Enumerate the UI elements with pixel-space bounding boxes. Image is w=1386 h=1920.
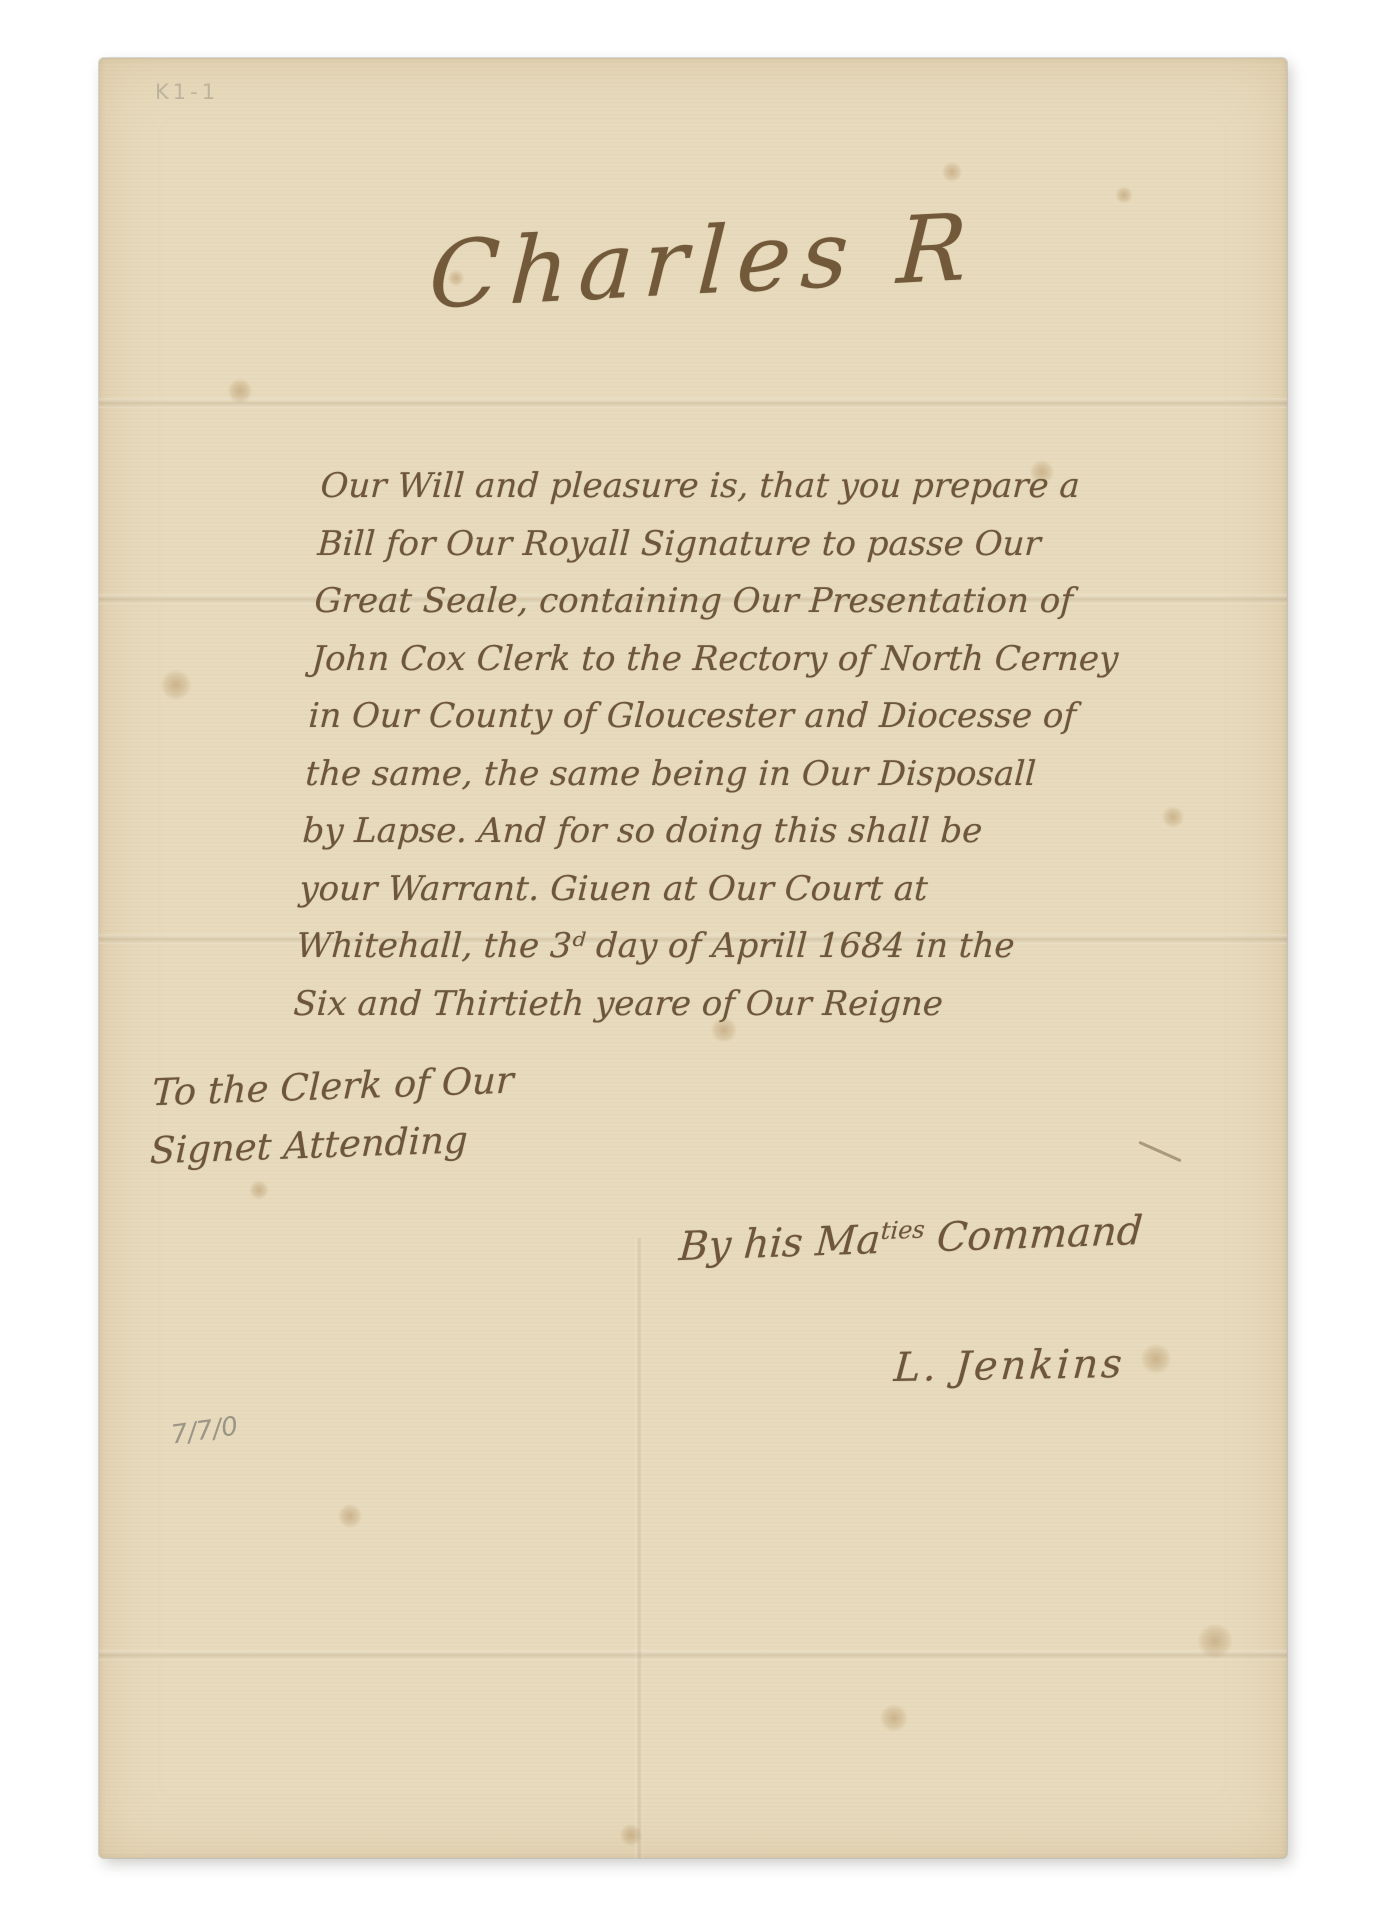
attestation-line: By his Maties Command [678, 1208, 1145, 1270]
foxing-spot [1139, 1344, 1173, 1374]
body-line: your Warrant. Giuen at Our Court at [298, 861, 1041, 919]
paper-tear [1138, 1141, 1181, 1162]
body-line: Whitehall, the 3ᵈ day of Aprill 1684 in … [295, 918, 1038, 976]
body-line: John Cox Clerk to the Rectory of North C… [310, 631, 1053, 689]
body-line: Bill for Our Royall Signature to passe O… [316, 516, 1059, 574]
document-page: K1-1 Charles R Our Will and pleasure is,… [99, 58, 1287, 1858]
pencil-inventory-mark: K1-1 [155, 80, 219, 104]
address-block: To the Clerk of Our Signet Attending [149, 1052, 515, 1181]
attestation-superscript: ties [880, 1215, 926, 1245]
body-line: by Lapse. And for so doing this shall be [301, 803, 1044, 861]
body-line: in Our County of Gloucester and Diocesse… [307, 688, 1050, 746]
attestation-text: By his Ma [678, 1217, 882, 1270]
foxing-spot [619, 1824, 643, 1846]
foxing-spot [159, 670, 193, 700]
address-line: Signet Attending [149, 1110, 513, 1181]
secretary-signature: L. Jenkins [892, 1341, 1126, 1391]
foxing-spot [941, 162, 963, 182]
pencil-price-mark: 7/7/0 [169, 1411, 240, 1450]
foxing-spot [879, 1704, 909, 1732]
scan-background: K1-1 Charles R Our Will and pleasure is,… [0, 0, 1386, 1920]
foxing-spot [337, 1504, 363, 1528]
body-line: Great Seale, containing Our Presentation… [313, 573, 1056, 631]
attestation-text: Command [923, 1208, 1145, 1262]
foxing-spot [249, 1180, 269, 1200]
fold-crease [99, 398, 1287, 408]
fold-crease [99, 1650, 1287, 1660]
body-line: Our Will and pleasure is, that you prepa… [319, 458, 1062, 516]
letter-body: Our Will and pleasure is, that you prepa… [292, 458, 1062, 1033]
foxing-spot [1115, 186, 1133, 204]
fold-crease [635, 1238, 643, 1858]
body-line: the same, the same being in Our Disposal… [304, 746, 1047, 804]
body-line: Six and Thirtieth yeare of Our Reigne [292, 976, 1035, 1034]
royal-signature: Charles R [427, 193, 980, 329]
foxing-spot [227, 378, 253, 404]
foxing-spot [1161, 806, 1185, 828]
foxing-spot [1195, 1624, 1235, 1658]
